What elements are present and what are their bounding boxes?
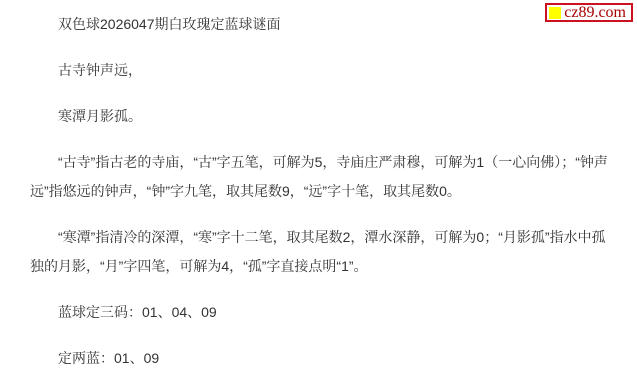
logo-yellow-square-icon <box>549 7 561 19</box>
page-title: 双色球2026047期白玫瑰定蓝球谜面 <box>30 10 609 39</box>
blue-three-picks-numbers: 01、04、09 <box>142 304 217 320</box>
explanation-paragraph-1: “古寺”指古老的寺庙，“古”字五笔，可解为5，寺庙庄严肃穆，可解为1（一心向佛）… <box>30 148 609 206</box>
explanation-paragraph-2: “寒潭”指清冷的深潭，“寒”字十二笔，取其尾数2，潭水深静，可解为0；“月影孤”… <box>30 223 609 281</box>
blue-two-picks-line: 定两蓝：01、09 <box>30 344 609 373</box>
blue-three-picks-label: 蓝球定三码： <box>58 304 142 320</box>
logo-text: cz89.com <box>564 5 626 21</box>
article-page: cz89.com 双色球2026047期白玫瑰定蓝球谜面 古寺钟声远， 寒潭月影… <box>0 0 637 385</box>
poem-line-2: 寒潭月影孤。 <box>30 102 609 131</box>
blue-two-picks-label: 定两蓝： <box>58 350 114 366</box>
blue-three-picks-line: 蓝球定三码：01、04、09 <box>30 298 609 327</box>
cz89-logo[interactable]: cz89.com <box>545 3 633 22</box>
blue-two-picks-numbers: 01、09 <box>114 350 159 366</box>
poem-line-1: 古寺钟声远， <box>30 56 609 85</box>
